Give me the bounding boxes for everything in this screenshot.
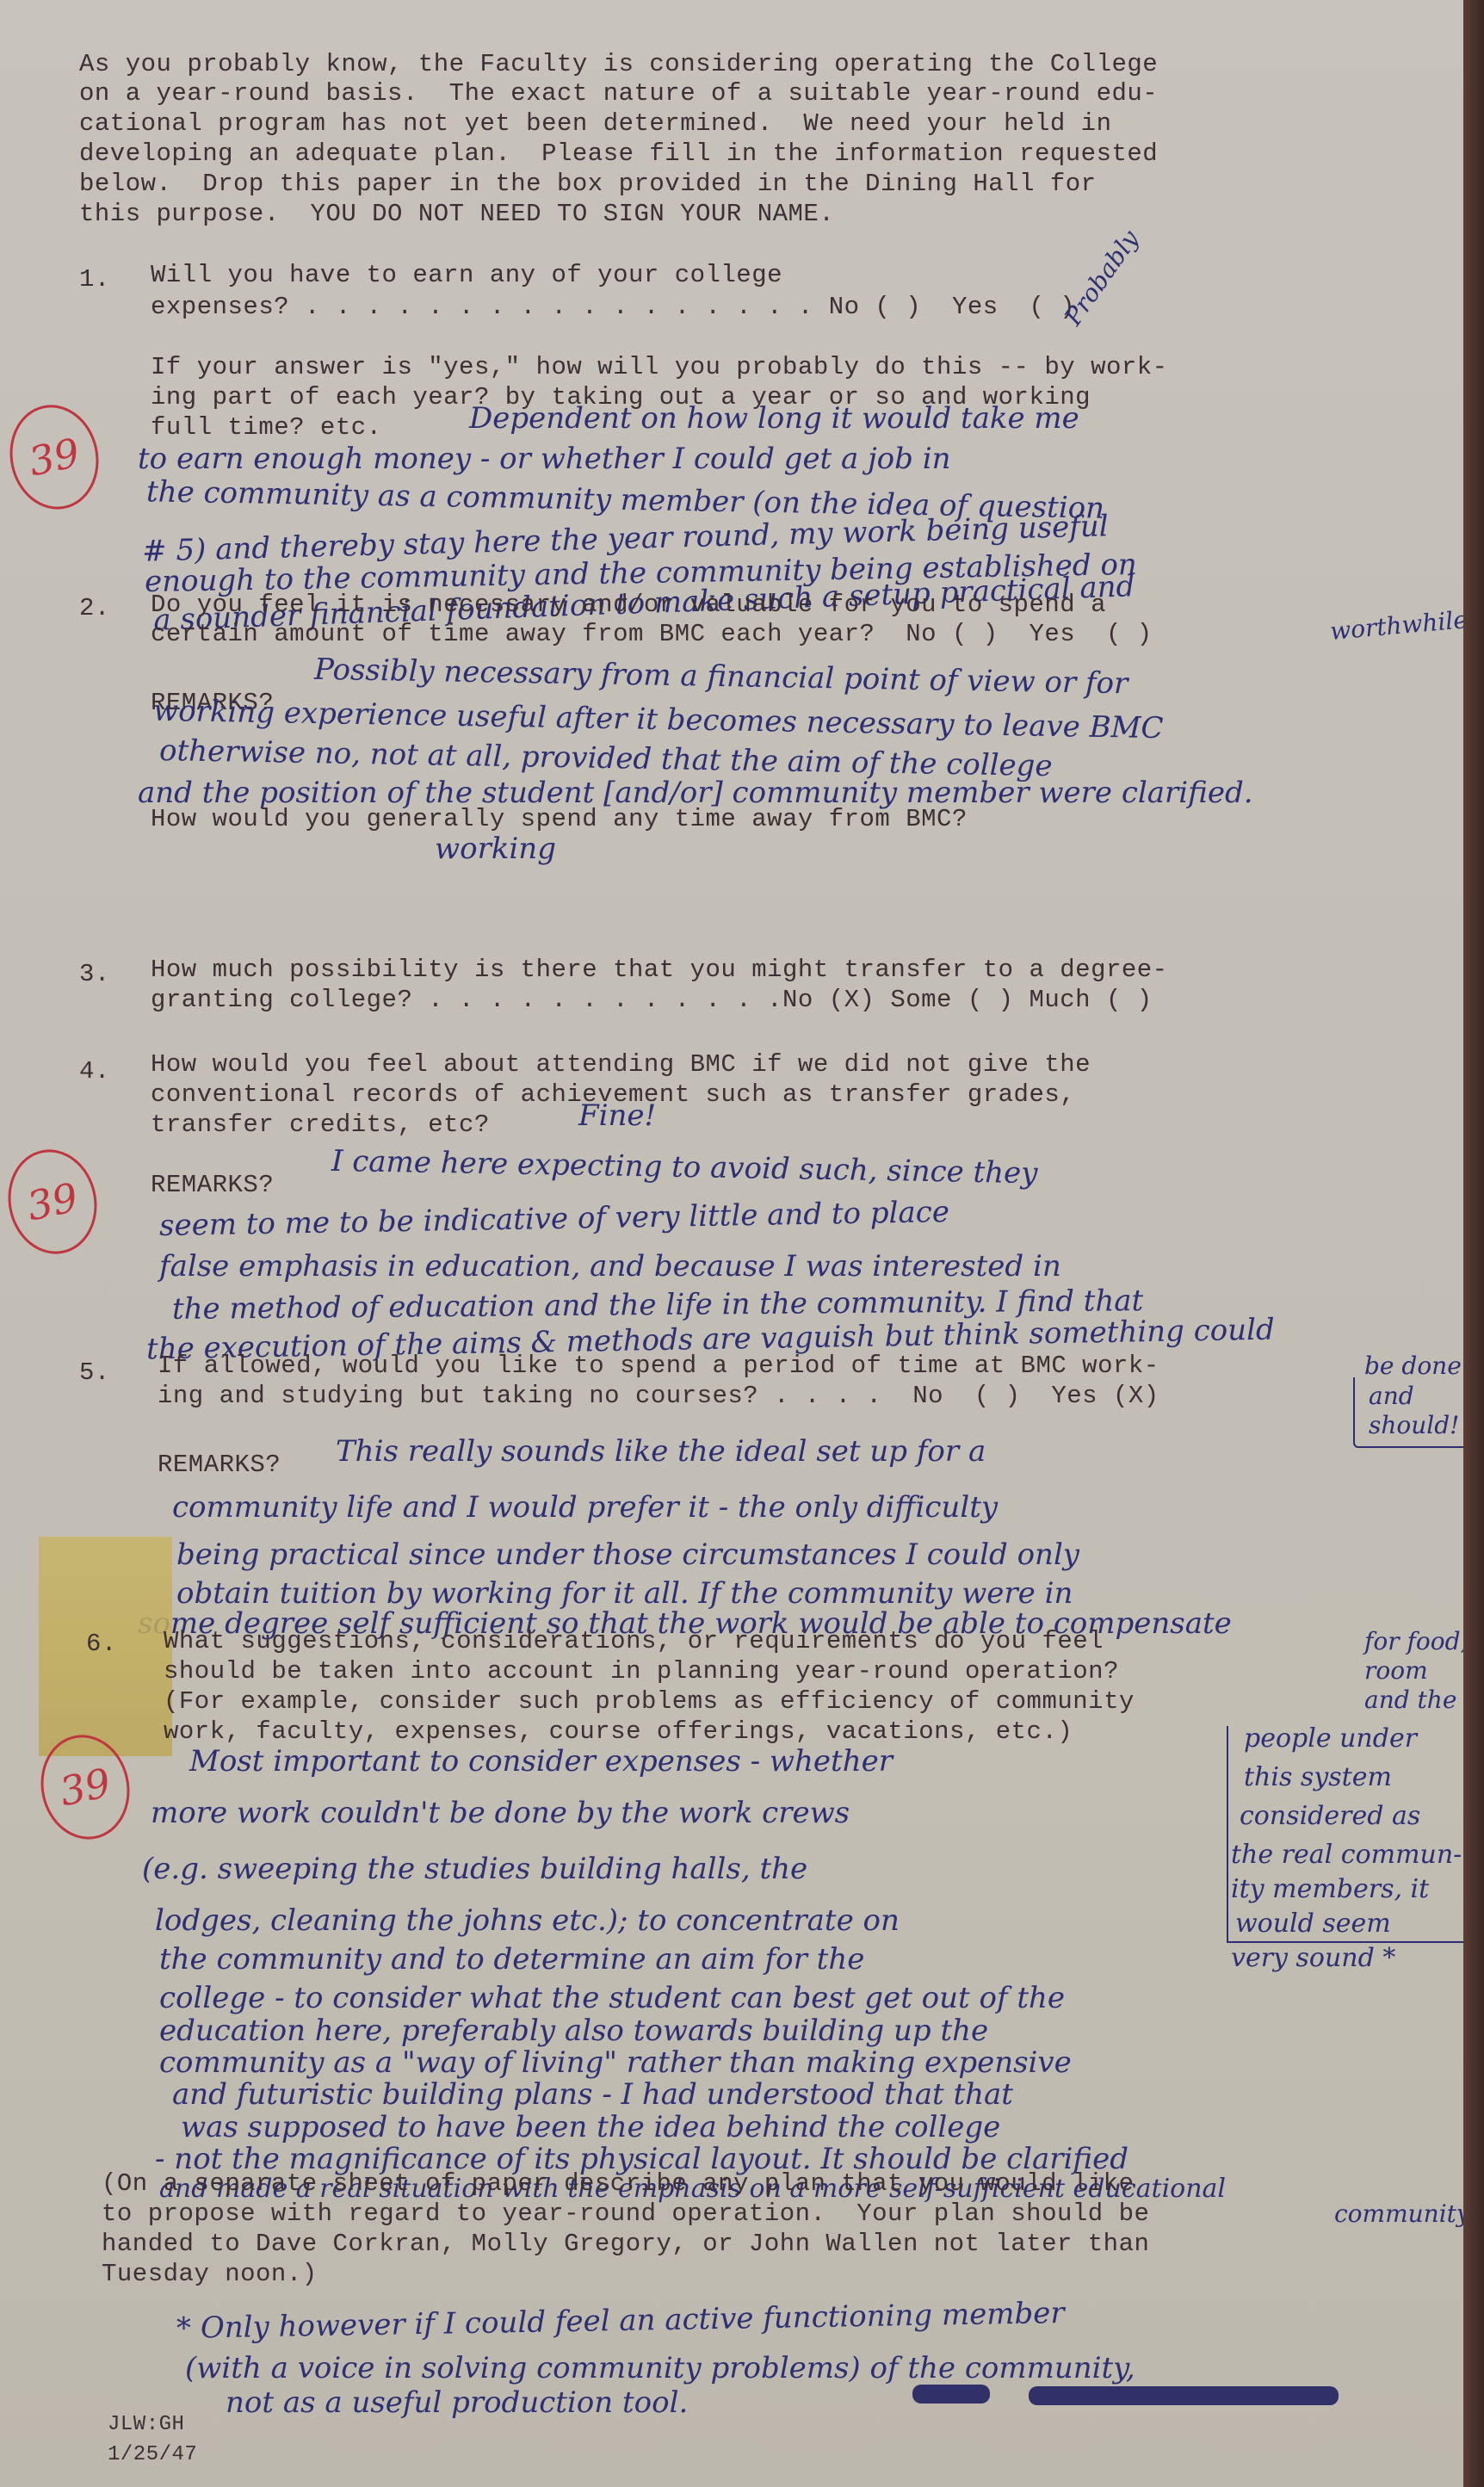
handwritten-remark: seem to me to be indicative of very litt…: [159, 1194, 950, 1244]
handwritten-answer: (e.g. sweeping the studies building hall…: [142, 1851, 807, 1887]
intro-line: on a year-round basis. The exact nature …: [79, 79, 1158, 108]
intro-line: this purpose. YOU DO NOT NEED TO SIGN YO…: [79, 200, 834, 229]
handwritten-answer: community as a "way of living" rather th…: [159, 2045, 1072, 2081]
handwritten-remark: This really sounds like the ideal set up…: [336, 1433, 986, 1469]
handwritten-remark: false emphasis in education, and because…: [159, 1248, 1061, 1284]
grader-mark-circle: 39: [0, 397, 108, 518]
closing-line: Tuesday noon.): [102, 2260, 318, 2289]
question-text: Do you feel it is necessary and/or valua…: [151, 591, 1106, 620]
question-number: 3.: [79, 960, 110, 989]
question-text: How would you feel about attending BMC i…: [151, 1050, 1091, 1080]
question-number: 6.: [86, 1630, 117, 1659]
margin-box-line: people under: [1244, 1722, 1417, 1756]
question-number: 4.: [79, 1057, 110, 1086]
question-options: certain amount of time away from BMC eac…: [151, 620, 1153, 649]
handwritten-remark: community life and I would prefer it - t…: [172, 1489, 998, 1525]
handwritten-answer: working: [435, 831, 556, 867]
handwritten-answer: college - to consider what the student c…: [159, 1980, 1065, 2016]
followup-text: How would you generally spend any time a…: [151, 805, 968, 834]
remarks-label: REMARKS?: [151, 1171, 274, 1200]
intro-line: cational program has not yet been determ…: [79, 109, 1112, 139]
closing-line: (On a separate sheet of paper describe a…: [102, 2169, 1135, 2199]
boxed-note: and should!: [1369, 1382, 1463, 1440]
handwritten-answer: the community and to determine an aim fo…: [159, 1941, 864, 1977]
typist-initials: JLW:GH: [108, 2410, 184, 2440]
grader-mark-circle: 39: [0, 1141, 107, 1263]
margin-box-line: ity members, it: [1231, 1872, 1429, 1907]
footnote-line: not as a useful production tool.: [226, 2385, 688, 2421]
margin-box-line: very sound *: [1231, 1941, 1395, 1976]
handwritten-answer: Most important to consider expenses - wh…: [189, 1743, 893, 1779]
question-number: 5.: [79, 1358, 110, 1388]
question-text: (For example, consider such problems as …: [164, 1687, 1135, 1717]
question-options: expenses? . . . . . . . . . . . . . . . …: [151, 293, 1075, 322]
margin-note: for food, room and the: [1364, 1627, 1476, 1715]
document-date: 1/25/47: [108, 2441, 197, 2470]
paper-edge-shadow: [1463, 0, 1484, 2487]
question-text: How much possibility is there that you m…: [151, 956, 1168, 985]
followup-text: full time? etc.: [151, 413, 382, 442]
closing-line: to propose with regard to year-round ope…: [102, 2199, 1149, 2229]
crossed-out-text: [1029, 2386, 1339, 2405]
handwritten-answer: was supposed to have been the idea behin…: [181, 2109, 1000, 2145]
handwritten-answer: lodges, cleaning the johns etc.); to con…: [155, 1902, 900, 1939]
question-text: Will you have to earn any of your colleg…: [151, 261, 782, 290]
margin-word: community: [1334, 2199, 1470, 2229]
remarks-label: REMARKS?: [158, 1451, 281, 1480]
handwritten-answer: and futuristic building plans - I had un…: [172, 2076, 1013, 2113]
margin-box-line: considered as: [1240, 1799, 1420, 1834]
footnote-line: * Only however if I could feel an active…: [176, 2295, 1065, 2347]
margin-note: worthwhile: [1329, 605, 1469, 646]
margin-box-line: would seem: [1235, 1907, 1391, 1941]
handwritten-answer: to earn enough money - or whether I coul…: [138, 441, 950, 477]
handwritten-answer: Fine!: [578, 1098, 656, 1134]
handwritten-answer: Dependent on how long it would take me: [469, 400, 1079, 436]
handwritten-remark: I came here expecting to avoid such, sin…: [331, 1143, 1038, 1191]
question-options: granting college? . . . . . . . . . . . …: [151, 986, 1153, 1015]
questionnaire-page: As you probably know, the Faculty is con…: [0, 0, 1463, 2487]
question-options: ing and studying but taking no courses? …: [158, 1382, 1159, 1411]
margin-box-line: the real commun-: [1231, 1838, 1462, 1872]
question-number: 2.: [79, 594, 110, 623]
closing-line: handed to Dave Corkran, Molly Gregory, o…: [102, 2230, 1149, 2259]
annotation-probably: Probably: [1059, 225, 1145, 331]
question-number: 1.: [79, 265, 110, 294]
question-text: If allowed, would you like to spend a pe…: [158, 1352, 1159, 1381]
question-text: What suggestions, considerations, or req…: [164, 1627, 1104, 1656]
intro-line: As you probably know, the Faculty is con…: [79, 50, 1158, 79]
crossed-out-text: [912, 2385, 990, 2403]
intro-line: developing an adequate plan. Please fill…: [79, 139, 1158, 169]
question-text: work, faculty, expenses, course offering…: [164, 1717, 1073, 1747]
question-text: transfer credits, etc?: [151, 1110, 490, 1140]
handwritten-answer: more work couldn't be done by the work c…: [151, 1795, 850, 1831]
question-text: should be taken into account in planning…: [164, 1657, 1119, 1686]
handwritten-answer: education here, preferably also towards …: [159, 2013, 988, 2049]
handwritten-remark: Possibly necessary from a financial poin…: [314, 652, 1128, 702]
margin-note: be done.: [1364, 1352, 1469, 1381]
intro-line: below. Drop this paper in the box provid…: [79, 170, 1097, 199]
followup-text: If your answer is "yes," how will you pr…: [151, 353, 1168, 382]
footnote-line: (with a voice in solving community probl…: [185, 2350, 1135, 2386]
margin-box-line: this system: [1244, 1760, 1392, 1795]
handwritten-remark: being practical since under those circum…: [176, 1537, 1079, 1573]
